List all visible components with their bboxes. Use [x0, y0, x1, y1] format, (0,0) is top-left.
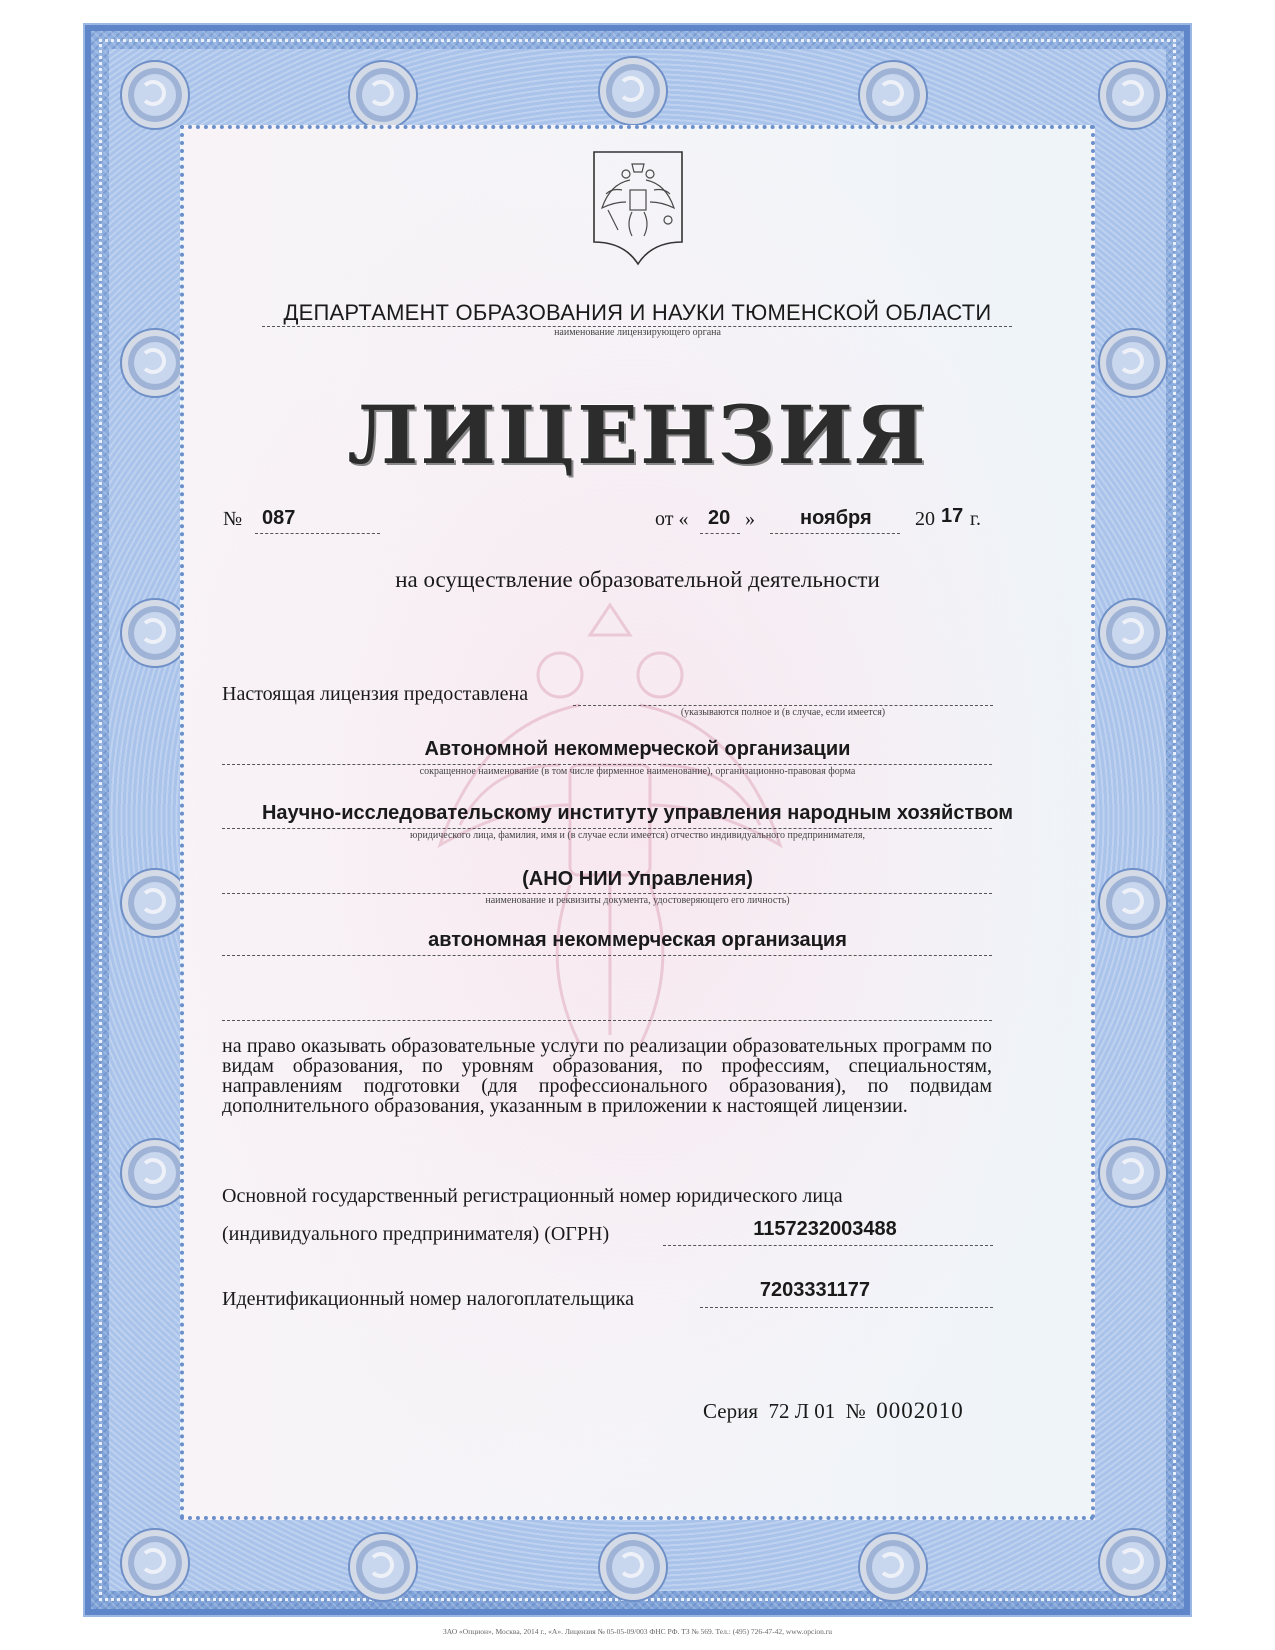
number-underline	[255, 533, 380, 534]
org-name: Научно-исследовательскому институту упра…	[180, 802, 1095, 825]
blank-line-underline	[222, 1020, 992, 1021]
ornament-icon	[122, 1140, 188, 1206]
ornament-icon	[860, 1534, 926, 1600]
inn-value: 7203331177	[690, 1279, 940, 1302]
org-line-1-underline	[222, 764, 992, 765]
license-number: 087	[262, 507, 295, 530]
ornament-icon	[1100, 1530, 1166, 1596]
ornament-icon	[122, 330, 188, 396]
inn-label: Идентификационный номер налогоплательщик…	[222, 1288, 634, 1311]
caption-full-name: (указываются полное и (в случае, если им…	[573, 707, 993, 718]
ornament-icon	[350, 62, 416, 128]
form-series: Серия 72 Л 01 № 0002010	[703, 1398, 964, 1424]
ogrn-value: 1157232003488	[700, 1218, 950, 1241]
issuer-caption: наименование лицензирующего органа	[180, 327, 1095, 338]
month-underline	[770, 533, 900, 534]
granted-underline	[573, 705, 993, 706]
ornament-icon	[1100, 870, 1166, 936]
ogrn-underline	[663, 1245, 993, 1246]
caption-legal-entity: юридического лица, фамилия, имя и (в слу…	[180, 830, 1095, 841]
ornament-icon	[1100, 330, 1166, 396]
ornament-icon	[122, 600, 188, 666]
printer-footer: ЗАО «Опцион», Москва, 2014 г., «А». Лице…	[180, 1627, 1095, 1636]
day-underline	[700, 533, 740, 534]
granted-label: Настоящая лицензия предоставлена	[222, 683, 528, 706]
series-number-label: №	[846, 1399, 866, 1423]
ornament-icon	[122, 870, 188, 936]
series-label: Серия	[703, 1399, 758, 1423]
org-line-2-underline	[222, 828, 992, 829]
issuing-authority: ДЕПАРТАМЕНТ ОБРАЗОВАНИЯ И НАУКИ ТЮМЕНСКО…	[180, 300, 1095, 326]
date-year-suffix: 17	[941, 505, 963, 528]
caption-short-name: сокращенное наименование (в том числе фи…	[180, 766, 1095, 777]
ornament-icon	[860, 62, 926, 128]
date-day: 20	[708, 507, 730, 530]
ornament-icon	[600, 58, 666, 124]
number-label: №	[223, 508, 242, 531]
org-abbreviation: (АНО НИИ Управления)	[180, 868, 1095, 891]
date-year-prefix: 20	[915, 508, 935, 531]
date-suffix: г.	[970, 508, 981, 531]
date-prefix: от «	[655, 508, 688, 531]
date-month: ноября	[800, 507, 872, 530]
org-legal-form: автономная некоммерческая организация	[180, 929, 1095, 952]
series-number: 0002010	[876, 1398, 964, 1423]
rights-paragraph: на право оказывать образовательные услуг…	[222, 1036, 992, 1116]
ornament-icon	[122, 62, 188, 128]
caption-identity-document: наименование и реквизиты документа, удос…	[180, 895, 1095, 906]
org-line-4-underline	[222, 955, 992, 956]
inn-underline	[700, 1307, 993, 1308]
ornament-icon	[350, 1534, 416, 1600]
ornament-icon	[1100, 62, 1166, 128]
ornament-icon	[1100, 600, 1166, 666]
license-purpose: на осуществление образовательной деятель…	[180, 567, 1095, 593]
ogrn-label-line-2: (индивидуального предпринимателя) (ОГРН)	[222, 1223, 609, 1246]
ornament-icon	[1100, 1140, 1166, 1206]
ogrn-label-line-1: Основной государственный регистрационный…	[222, 1185, 843, 1208]
document-title: ЛИЦЕНЗИЯ	[180, 388, 1095, 482]
coat-of-arms-icon	[592, 150, 684, 268]
org-line-3-underline	[222, 893, 992, 894]
ornament-icon	[122, 1530, 188, 1596]
series-code: 72 Л 01	[768, 1399, 835, 1423]
date-mid: »	[745, 508, 755, 531]
ornament-icon	[600, 1534, 666, 1600]
org-form: Автономной некоммерческой организации	[180, 738, 1095, 761]
